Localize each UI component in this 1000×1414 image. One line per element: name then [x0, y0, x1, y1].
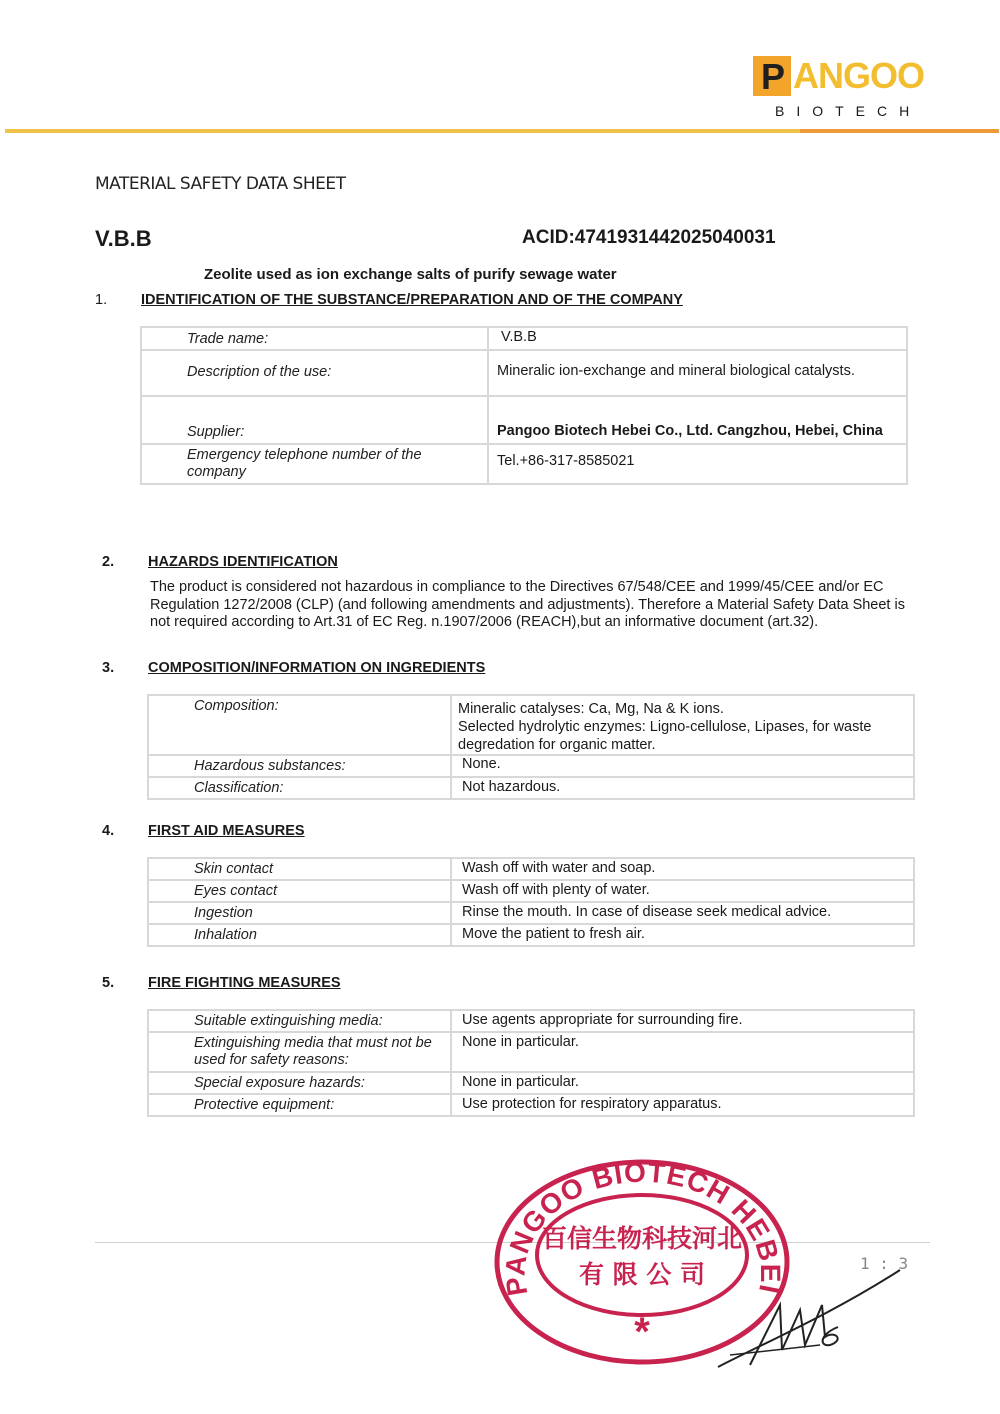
table-row: Classification: Not hazardous.: [148, 777, 914, 799]
section-title: IDENTIFICATION OF THE SUBSTANCE/PREPARAT…: [141, 292, 683, 308]
table-row: Supplier: Pangoo Biotech Hebei Co., Ltd.…: [141, 396, 907, 444]
table-row: Skin contact Wash off with water and soa…: [148, 858, 914, 880]
table-row: Trade name: V.B.B: [141, 327, 907, 350]
row-value: None in particular.: [451, 1072, 914, 1094]
table-row: Hazardous substances: None.: [148, 755, 914, 777]
row-key: Special exposure hazards:: [148, 1072, 451, 1094]
section-title: HAZARDS IDENTIFICATION: [148, 554, 338, 570]
row-key: Eyes contact: [148, 880, 451, 902]
first-aid-table: Skin contact Wash off with water and soa…: [147, 857, 915, 947]
row-value: Wash off with plenty of water.: [451, 880, 914, 902]
row-value: Rinse the mouth. In case of disease seek…: [451, 902, 914, 924]
row-value: Wash off with water and soap.: [451, 858, 914, 880]
section-2-heading: 2.HAZARDS IDENTIFICATION: [102, 554, 338, 570]
composition-line-1: Mineralic catalyses: Ca, Mg, Na & K ions…: [458, 700, 903, 718]
identification-table: Trade name: V.B.B Description of the use…: [140, 326, 908, 485]
document-title: MATERIAL SAFETY DATA SHEET: [95, 174, 346, 194]
logo-wordmark: ANGOO: [793, 56, 924, 96]
fire-fighting-table: Suitable extinguishing media: Use agents…: [147, 1009, 915, 1117]
row-key: Supplier:: [141, 396, 488, 444]
header-divider: [5, 129, 999, 133]
section-title: COMPOSITION/INFORMATION ON INGREDIENTS: [148, 660, 485, 676]
section-1-heading: 1.IDENTIFICATION OF THE SUBSTANCE/PREPAR…: [95, 292, 683, 308]
row-key: Protective equipment:: [148, 1094, 451, 1116]
section-title: FIRST AID MEASURES: [148, 823, 305, 839]
logo-letter: P: [761, 58, 785, 96]
table-row: Composition: Mineralic catalyses: Ca, Mg…: [148, 695, 914, 755]
row-value: Tel.+86-317-8585021: [488, 444, 907, 484]
product-name: V.B.B: [95, 226, 152, 252]
company-logo: P ANGOO BIOTECH: [753, 56, 938, 126]
row-key: Emergency telephone number of the compan…: [141, 444, 488, 484]
row-key: Trade name:: [141, 327, 488, 350]
row-key: Inhalation: [148, 924, 451, 946]
document-subtitle: Zeolite used as ion exchange salts of pu…: [204, 266, 617, 283]
row-key: Extinguishing media that must not be use…: [148, 1032, 451, 1072]
table-row: Eyes contact Wash off with plenty of wat…: [148, 880, 914, 902]
section-3-heading: 3.COMPOSITION/INFORMATION ON INGREDIENTS: [102, 660, 485, 676]
row-key: Classification:: [148, 777, 451, 799]
section-number: 1.: [95, 292, 141, 308]
table-row: Description of the use: Mineralic ion-ex…: [141, 350, 907, 396]
row-value: Use agents appropriate for surrounding f…: [451, 1010, 914, 1032]
stamp-star-icon: *: [634, 1310, 650, 1354]
section-5-heading: 5.FIRE FIGHTING MEASURES: [102, 975, 341, 991]
row-value: Pangoo Biotech Hebei Co., Ltd. Cangzhou,…: [488, 396, 907, 444]
row-value: Mineralic catalyses: Ca, Mg, Na & K ions…: [451, 695, 914, 755]
table-row: Extinguishing media that must not be use…: [148, 1032, 914, 1072]
row-value: Not hazardous.: [451, 777, 914, 799]
row-key: Composition:: [148, 695, 451, 755]
table-row: Ingestion Rinse the mouth. In case of di…: [148, 902, 914, 924]
row-value: None.: [451, 755, 914, 777]
section-number: 2.: [102, 554, 148, 570]
section-4-heading: 4.FIRST AID MEASURES: [102, 823, 305, 839]
row-value: Use protection for respiratory apparatus…: [451, 1094, 914, 1116]
row-key: Ingestion: [148, 902, 451, 924]
section-number: 4.: [102, 823, 148, 839]
acid-number: ACID:4741931442025040031: [522, 227, 776, 249]
row-value: V.B.B: [488, 327, 907, 350]
composition-line-2: Selected hydrolytic enzymes: Ligno-cellu…: [458, 718, 903, 754]
stamp-cn-line-1: 百信生物科技河北: [542, 1224, 742, 1253]
row-value: Move the patient to fresh air.: [451, 924, 914, 946]
row-key: Description of the use:: [141, 350, 488, 396]
composition-table: Composition: Mineralic catalyses: Ca, Mg…: [147, 694, 915, 800]
section-title: FIRE FIGHTING MEASURES: [148, 975, 341, 991]
logo-subtitle: BIOTECH: [775, 103, 921, 119]
table-row: Special exposure hazards: None in partic…: [148, 1072, 914, 1094]
section-number: 5.: [102, 975, 148, 991]
table-row: Emergency telephone number of the compan…: [141, 444, 907, 484]
table-row: Inhalation Move the patient to fresh air…: [148, 924, 914, 946]
table-row: Protective equipment: Use protection for…: [148, 1094, 914, 1116]
section-number: 3.: [102, 660, 148, 676]
table-row: Suitable extinguishing media: Use agents…: [148, 1010, 914, 1032]
row-key: Suitable extinguishing media:: [148, 1010, 451, 1032]
hazards-text: The product is considered not hazardous …: [150, 579, 920, 632]
stamp-cn-line-2: 有 限 公 司: [579, 1260, 705, 1289]
row-key: Skin contact: [148, 858, 451, 880]
row-key: Hazardous substances:: [148, 755, 451, 777]
signature: [710, 1265, 910, 1375]
row-value: None in particular.: [451, 1032, 914, 1072]
row-value: Mineralic ion-exchange and mineral biolo…: [488, 350, 907, 396]
